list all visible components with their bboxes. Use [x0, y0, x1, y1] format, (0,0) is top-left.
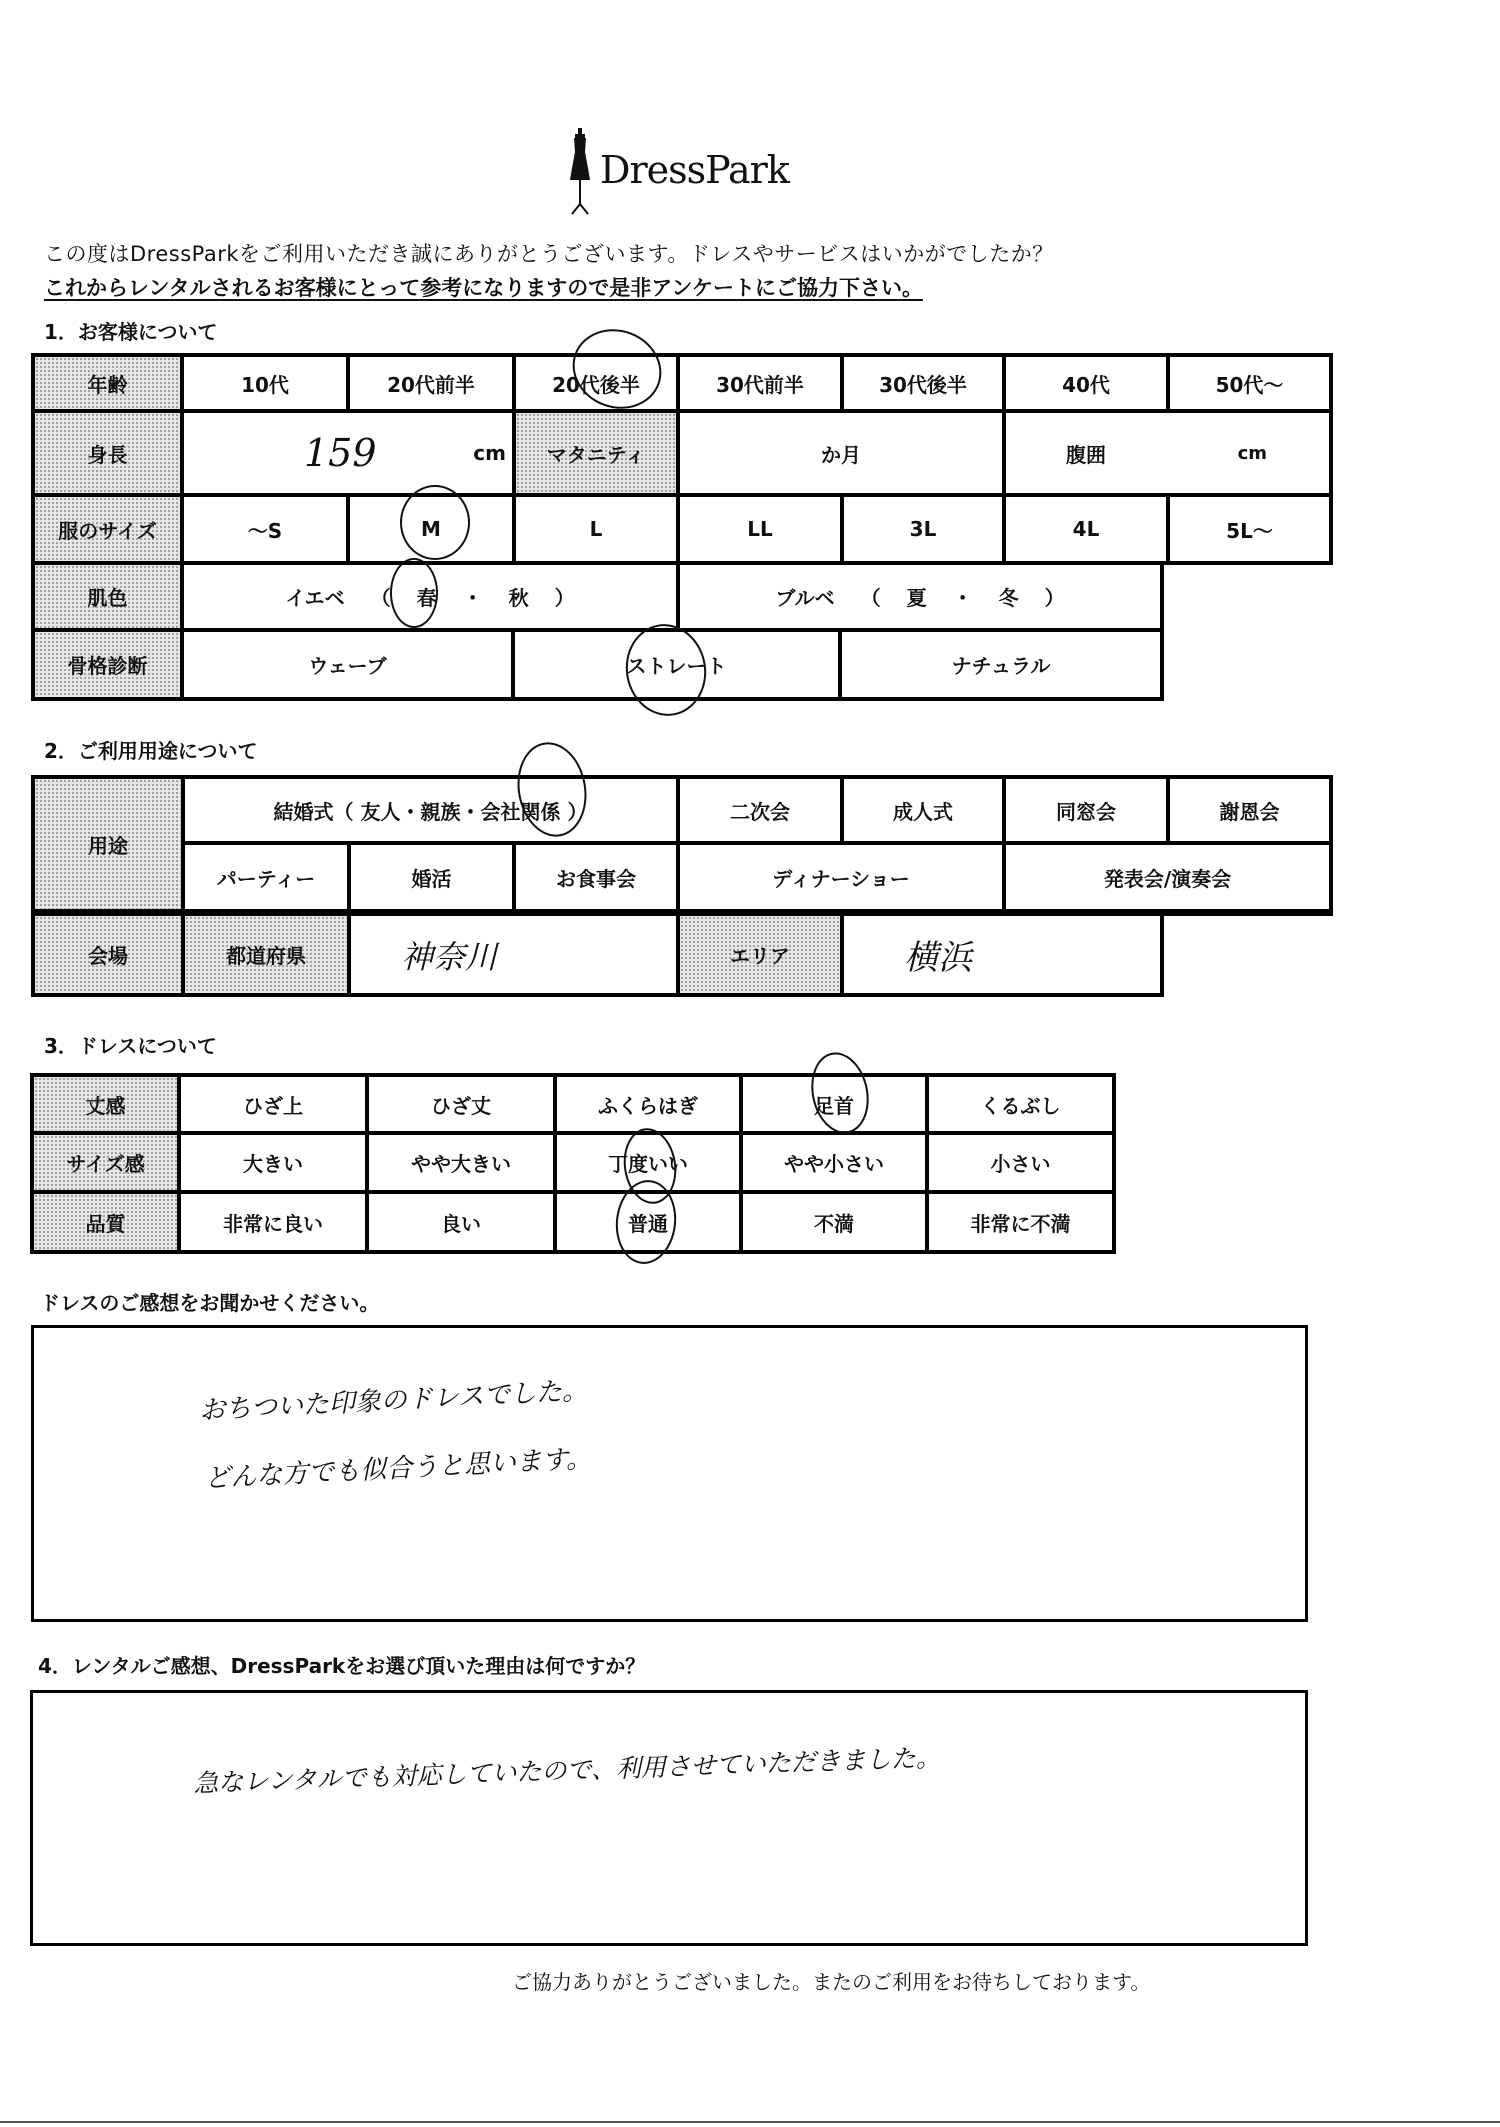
paren-open: （: [861, 582, 881, 611]
brand-name: DressPark: [600, 148, 789, 192]
scan-edge-line: [0, 2121, 1500, 2123]
prefecture-label: 都道府県: [185, 916, 347, 993]
section3-heading: 3．ドレスについて: [44, 1030, 217, 1059]
length-option-selected[interactable]: 足首: [743, 1077, 925, 1131]
venue-label: 会場: [35, 916, 181, 993]
section4-heading: 4．レンタルご感想、DressParkをお選び頂いた理由は何ですか？: [38, 1650, 645, 1679]
paren-open: （: [371, 582, 391, 611]
fit-label: サイズ感: [34, 1135, 177, 1190]
purpose-option[interactable]: 二次会: [680, 779, 840, 841]
age-option[interactable]: 10代: [184, 357, 346, 409]
quality-option[interactable]: 不満: [743, 1194, 925, 1250]
area-field[interactable]: 横浜: [844, 916, 1160, 993]
separator: ・: [463, 582, 483, 611]
skin-blue-base[interactable]: ブルベ （ 夏 ・ 冬 ）: [680, 565, 1160, 628]
size-option[interactable]: LL: [680, 497, 840, 561]
quality-option[interactable]: 良い: [369, 1194, 553, 1250]
waist-label: 腹囲: [1066, 439, 1106, 468]
purpose-option[interactable]: 成人式: [844, 779, 1002, 841]
height-field[interactable]: 159 cm: [184, 413, 512, 493]
intro-text: この度はDressParkをご利用いただき誠にありがとうございます。ドレスやサー…: [44, 238, 1054, 268]
size-option-selected[interactable]: M: [350, 497, 512, 561]
fit-option[interactable]: やや小さい: [743, 1135, 925, 1190]
paren-close: ）: [555, 582, 575, 611]
prefecture-field[interactable]: 神奈川: [351, 916, 676, 993]
skin-label: 肌色: [35, 565, 180, 628]
size-option[interactable]: 3L: [844, 497, 1002, 561]
rental-reason-box[interactable]: 急なレンタルでも対応していたので、利用させていただきました。: [30, 1690, 1308, 1946]
fit-option-selected[interactable]: 丁度いい: [557, 1135, 739, 1190]
size-option[interactable]: 4L: [1006, 497, 1166, 561]
skin-yellow-base[interactable]: イエベ （ 春 ・ 秋 ）: [184, 565, 676, 628]
fit-option[interactable]: 小さい: [929, 1135, 1112, 1190]
section1-heading: 1．お客様について: [44, 316, 218, 345]
size-option[interactable]: 5L～: [1170, 497, 1329, 561]
fit-option[interactable]: やや大きい: [369, 1135, 553, 1190]
body-option[interactable]: ウェーブ: [184, 632, 511, 697]
skin-option-autumn[interactable]: 秋: [509, 582, 529, 611]
waist-field[interactable]: 腹囲 cm: [1006, 413, 1329, 493]
purpose-option[interactable]: 謝恩会: [1170, 779, 1329, 841]
dress-form-icon: [566, 128, 594, 216]
impression-line-1: おちついた印象のドレスでした。: [198, 1370, 588, 1427]
quality-option[interactable]: 非常に良い: [181, 1194, 365, 1250]
purpose-option[interactable]: ディナーショー: [680, 845, 1002, 909]
age-option[interactable]: 30代前半: [680, 357, 840, 409]
maternity-months-field[interactable]: か月: [680, 413, 1002, 493]
body-type-label: 骨格診断: [35, 632, 180, 697]
height-unit: cm: [473, 441, 506, 465]
height-label: 身長: [35, 413, 180, 493]
dress-impressions-box[interactable]: おちついた印象のドレスでした。 どんな方でも似合うと思います。: [31, 1325, 1308, 1622]
area-label: エリア: [680, 916, 840, 993]
intro-request: これからレンタルされるお客様にとって参考になりますので是非アンケートにご協力下さ…: [44, 272, 923, 302]
quality-option[interactable]: 非常に不満: [929, 1194, 1112, 1250]
size-option[interactable]: ～S: [184, 497, 346, 561]
age-option[interactable]: 50代～: [1170, 357, 1329, 409]
purpose-wedding[interactable]: 結婚式（ 友人・親族・会社関係 ）: [185, 779, 676, 841]
dresspark-logo: DressPark: [560, 128, 800, 218]
size-option[interactable]: L: [516, 497, 676, 561]
length-option[interactable]: くるぶし: [929, 1077, 1112, 1131]
size-label: 服のサイズ: [35, 497, 180, 561]
impressions-label: ドレスのご感想をお聞かせください。: [40, 1287, 379, 1316]
purpose-option[interactable]: 同窓会: [1006, 779, 1166, 841]
skin-option-winter[interactable]: 冬: [999, 582, 1019, 611]
prefecture-value: 神奈川: [401, 932, 497, 978]
skin-option-summer[interactable]: 夏: [907, 582, 927, 611]
quality-option-selected[interactable]: 普通: [557, 1194, 739, 1250]
purpose-option[interactable]: 発表会/演奏会: [1006, 845, 1329, 909]
age-option[interactable]: 30代後半: [844, 357, 1002, 409]
section2-heading: 2．ご利用用途について: [44, 735, 258, 764]
waist-unit: cm: [1238, 443, 1267, 464]
purpose-option[interactable]: 婚活: [351, 845, 512, 909]
skin-option-spring-selected[interactable]: 春: [417, 582, 437, 611]
thank-you-footer: ご協力ありがとうございました。またのご利用をお待ちしております。: [512, 1966, 1150, 1995]
age-label: 年齢: [35, 357, 180, 409]
length-option[interactable]: ひざ上: [181, 1077, 365, 1131]
area-value: 横浜: [904, 930, 972, 979]
fit-option[interactable]: 大きい: [181, 1135, 365, 1190]
impression-line-2: どんな方でも似合うと思います。: [203, 1438, 592, 1495]
length-option[interactable]: ひざ丈: [369, 1077, 553, 1131]
age-option[interactable]: 20代前半: [350, 357, 512, 409]
months-unit: か月: [821, 439, 861, 468]
purpose-option[interactable]: お食事会: [516, 845, 676, 909]
length-label: 丈感: [34, 1077, 177, 1131]
yellow-base-label: イエベ: [285, 582, 344, 611]
age-option[interactable]: 40代: [1006, 357, 1166, 409]
length-option[interactable]: ふくらはぎ: [557, 1077, 739, 1131]
body-option-selected[interactable]: ストレート: [515, 632, 838, 697]
purpose-option[interactable]: パーティー: [185, 845, 347, 909]
height-value: 159: [304, 431, 377, 475]
paren-close: ）: [1045, 582, 1065, 611]
quality-label: 品質: [34, 1194, 177, 1250]
maternity-label: マタニティ: [516, 413, 676, 493]
rental-reason-text: 急なレンタルでも対応していたので、利用させていただきました。: [193, 1738, 942, 1800]
body-option[interactable]: ナチュラル: [842, 632, 1160, 697]
blue-base-label: ブルベ: [775, 582, 834, 611]
separator: ・: [953, 582, 973, 611]
age-option-selected[interactable]: 20代後半: [516, 357, 676, 409]
purpose-label: 用途: [35, 779, 181, 909]
